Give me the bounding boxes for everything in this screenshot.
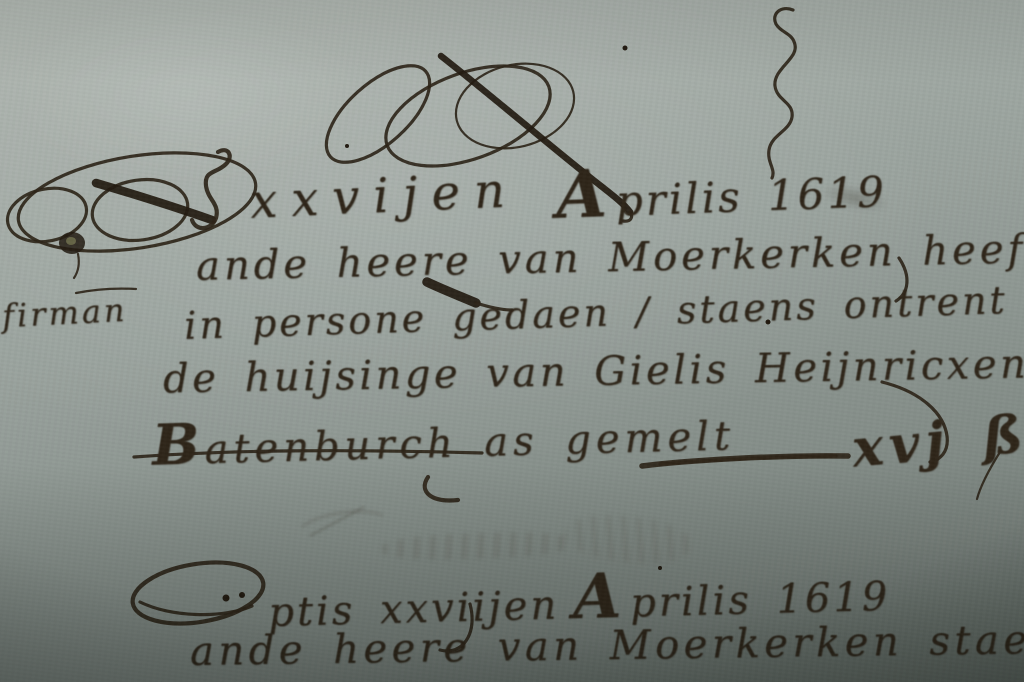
fee-amount: xvj ß: [850, 408, 1024, 475]
margin-note: firman: [1, 294, 128, 333]
ink-speck: [345, 144, 349, 148]
month-and-year: prilis 1619: [615, 167, 888, 225]
right-margin-squiggle: [769, 9, 796, 178]
month-initial-capital: A: [555, 156, 611, 234]
month-and-year: prilis 1619: [630, 574, 891, 627]
flourish-loop: [310, 49, 445, 179]
month-initial-capital: A: [572, 559, 625, 633]
entry2-grantor-line: ande heere van Moerkerken staes: [190, 620, 1024, 672]
ink-drip: [74, 254, 79, 278]
flourish-dot: [223, 595, 230, 602]
manuscript-photo: xxvijen Aprilis 1619 ande heere van Moer…: [0, 0, 1024, 682]
ink-speck: [623, 46, 628, 51]
flourish-dot: [239, 592, 245, 598]
entry1-day-numeral: xxvijen: [249, 166, 520, 226]
flourish-doubled-edge: [140, 602, 252, 615]
flourish-bold-stroke: [96, 183, 212, 220]
entry2-initial-flourish: [128, 554, 267, 632]
descender-loop: [425, 477, 458, 500]
ink-blot-center: [66, 237, 76, 245]
flourish-loop: [128, 554, 267, 632]
entry1-date-heading: Aprilis 1619: [555, 152, 888, 229]
